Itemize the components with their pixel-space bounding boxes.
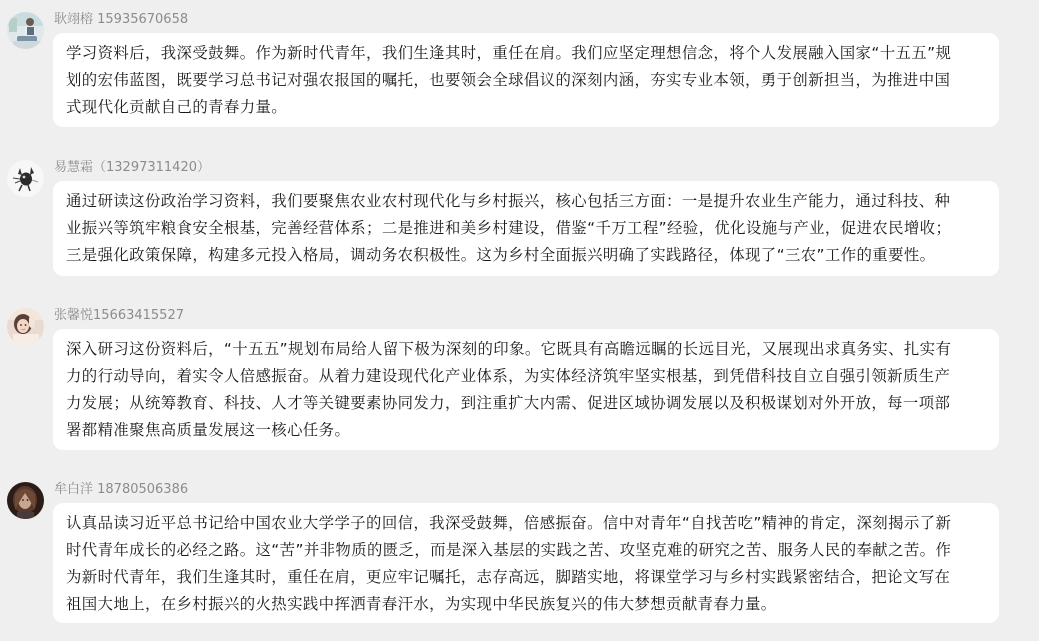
avatar[interactable] [7,12,44,49]
message-bubble[interactable]: 学习资料后，我深受鼓舞。作为新时代青年，我们生逢其时，重任在肩。我们应坚定理想信… [53,33,999,127]
message-line: 学习资料后，我深受鼓舞。作为新时代青年，我们生逢其时，重任在肩。我们应坚定理想信… [66,40,977,67]
avatar-cartoon-cat-icon [7,160,44,197]
avatar-photo-girl-icon [7,308,44,345]
sender-name: 张馨悦15663415527 [54,308,184,324]
message-bubble[interactable]: 认真品读习近平总书记给中国农业大学学子的回信，我深受鼓舞，倍感振奋。信中对青年“… [53,503,999,623]
avatar-photo-person-icon [7,12,44,49]
avatar[interactable] [7,160,44,197]
avatar[interactable] [7,308,44,345]
message-bubble[interactable]: 深入研习这份资料后，“十五五”规划布局给人留下极为深刻的印象。它既具有高瞻远瞩的… [53,329,999,450]
message-line: 为新时代青年，我们生逢其时，重任在肩，更应牢记嘱托，志存高远，脚踏实地，将课堂学… [66,564,977,591]
message-line: 深入研习这份资料后，“十五五”规划布局给人留下极为深刻的印象。它既具有高瞻远瞩的… [66,336,977,363]
message-line: 力发展；从统筹教育、科技、人才等关键要素协同发力，到注重扩大内需、促进区域协调发… [66,390,977,417]
message-line: 通过研读这份政治学习资料，我们要聚焦农业农村现代化与乡村振兴，核心包括三方面：一… [66,188,977,215]
message-line: 力的行动导向，着实令人倍感振奋。从着力建设现代化产业体系，为实体经济筑牢坚实根基… [66,363,977,390]
avatar[interactable] [7,482,44,519]
sender-name: 易慧霜（13297311420） [54,160,210,176]
message-line: 划的宏伟蓝图，既要学习总书记对强农报国的嘱托，也要领会全球倡议的深刻内涵，夯实专… [66,67,977,94]
message-line: 认真品读习近平总书记给中国农业大学学子的回信，我深受鼓舞，倍感振奋。信中对青年“… [66,510,977,537]
sender-name: 牟白洋 18780506386 [54,482,188,498]
avatar-photo-portrait-icon [7,482,44,519]
sender-name: 耿翊榕 15935670658 [54,12,188,28]
chat-message-list[interactable]: 耿翊榕 15935670658 学习资料后，我深受鼓舞。作为新时代青年，我们生逢… [0,0,1039,641]
message-line: 祖国大地上，在乡村振兴的火热实践中挥洒青春汗水，为实现中华民族复兴的伟大梦想贡献… [66,591,977,618]
message-line: 业振兴等筑牢粮食安全根基，完善经营体系；二是推进和美乡村建设，借鉴“千万工程”经… [66,215,977,242]
message-bubble[interactable]: 通过研读这份政治学习资料，我们要聚焦农业农村现代化与乡村振兴，核心包括三方面：一… [53,181,999,276]
message-line: 署都精准聚焦高质量发展这一核心任务。 [66,417,977,444]
message-line: 时代青年成长的必经之路。这“苦”并非物质的匮乏，而是深入基层的实践之苦、攻坚克难… [66,537,977,564]
message-line: 三是强化政策保障，构建多元投入格局，调动务农积极性。这为乡村全面振兴明确了实践路… [66,242,977,269]
message-line: 式现代化贡献自己的青春力量。 [66,94,977,121]
